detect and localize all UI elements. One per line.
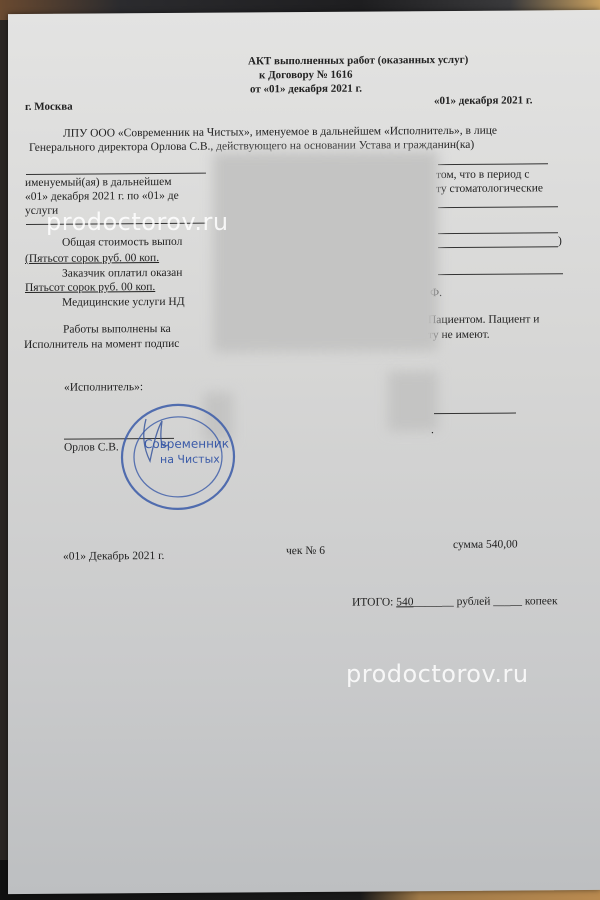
blank-underline: _______ bbox=[413, 596, 453, 608]
redacted-area bbox=[213, 151, 438, 353]
company-stamp: Современник на Чистых bbox=[116, 400, 236, 511]
works-left2: Исполнитель на момент подпис bbox=[24, 338, 179, 351]
signature-line bbox=[434, 413, 516, 415]
doc-city: г. Москва bbox=[25, 101, 73, 113]
blank-line bbox=[438, 206, 558, 208]
cost-label: Общая стоимость выпол bbox=[62, 236, 182, 249]
redacted-area bbox=[388, 371, 438, 431]
rubles-word: рублей bbox=[457, 596, 491, 608]
cost-close: ) bbox=[558, 235, 562, 247]
para2-left1: именуемый(ая) в дальнейшем bbox=[25, 176, 171, 189]
cost-words: (Пятьсот сорок руб. 00 коп. bbox=[25, 252, 159, 265]
paid-words: Пятьсот сорок руб. 00 коп. bbox=[25, 281, 155, 294]
para2-right2: ту стоматологические bbox=[436, 182, 543, 195]
para1-line1: ЛПУ ООО «Современник на Чистых», именуем… bbox=[63, 125, 497, 140]
executor-label: «Исполнитель»: bbox=[64, 381, 143, 394]
document-page: АКТ выполненных работ (оказанных услуг) … bbox=[8, 10, 600, 894]
paid-label: Заказчик оплатил оказан bbox=[62, 267, 182, 280]
para2-right1: том, что в период с bbox=[436, 168, 529, 181]
total-label: ИТОГО: bbox=[352, 596, 393, 608]
doc-contract-date: от «01» декабря 2021 г. bbox=[250, 83, 362, 96]
kopecks-word: копеек bbox=[525, 595, 558, 607]
doc-contract-number: к Договору № 1616 bbox=[259, 69, 353, 82]
works-right1: Пациентом. Пациент и bbox=[428, 313, 539, 326]
receipt-date: «01» Декабрь 2021 г. bbox=[63, 550, 164, 563]
para2-left2: «01» декабря 2021 г. по «01» де bbox=[25, 190, 179, 203]
watermark: prodoctorov.ru bbox=[346, 660, 529, 688]
executor-name: Орлов С.В. bbox=[64, 441, 119, 453]
doc-date: «01» декабря 2021 г. bbox=[434, 94, 532, 107]
blank-line bbox=[438, 273, 563, 275]
watermark: prodoctorov.ru bbox=[46, 208, 229, 236]
blank-line bbox=[438, 232, 558, 234]
works-left1: Работы выполнены ка bbox=[63, 323, 171, 336]
stamp-name-line2: на Чистых bbox=[160, 453, 220, 466]
receipt-sum: сумма 540,00 bbox=[453, 539, 518, 551]
blank-underline: _____ bbox=[493, 595, 522, 607]
total-rubles: 540 bbox=[396, 596, 413, 608]
vat-label: Медицинские услуги НД bbox=[62, 296, 185, 309]
blank-line bbox=[438, 246, 558, 248]
stamp-name-line1: Современник bbox=[144, 437, 229, 452]
period-mark: . bbox=[431, 424, 434, 436]
blank-line bbox=[26, 173, 206, 175]
blank-line bbox=[438, 163, 548, 165]
receipt-number: чек № 6 bbox=[286, 545, 325, 557]
total-line: ИТОГО: 540_______ рублей _____ копеек bbox=[352, 595, 558, 608]
doc-title: АКТ выполненных работ (оказанных услуг) bbox=[248, 54, 468, 68]
